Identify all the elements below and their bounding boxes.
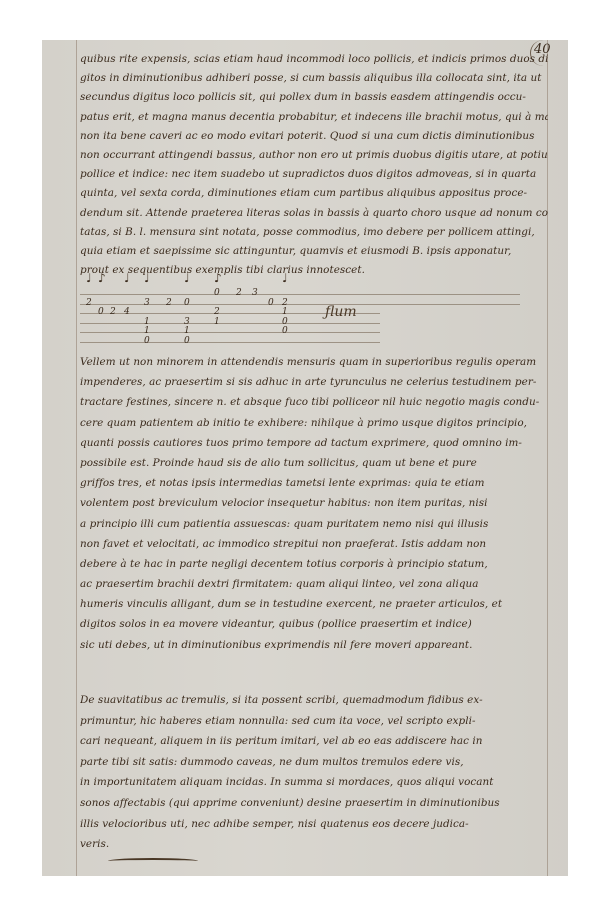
rhythm-sign-icon: ♩ [184, 272, 190, 284]
text-line: debere à te hac in parte negligi decente… [80, 554, 548, 574]
text-line: quinta, vel sexta corda, diminutiones et… [80, 184, 548, 203]
rhythm-sign-icon: ♩ [282, 272, 288, 284]
tablature-fret-number: 0 [144, 337, 150, 346]
text-line: in importunitatem aliquam incidas. In su… [80, 772, 548, 793]
text-line: veris. [80, 834, 548, 855]
text-line: quibus rite expensis, scias etiam haud i… [80, 50, 548, 69]
tablature-fret-number: 4 [124, 308, 130, 317]
tablature-fret-number: 2 [110, 308, 116, 317]
tablature-fret-number: 1 [282, 308, 288, 317]
left-margin-rule [76, 40, 77, 876]
tablature-fret-number: 0 [184, 337, 190, 346]
tablature-course-line [80, 294, 520, 295]
text-line: cari nequeant, aliquem in iis peritum im… [80, 731, 548, 752]
tablature-fret-number: 0 [268, 299, 274, 308]
text-line: sonos affectabis (qui apprime conveniunt… [80, 793, 548, 814]
text-line: De suavitatibus ac tremulis, si ita poss… [80, 690, 548, 711]
tablature-fret-number: 1 [214, 318, 220, 327]
text-line: non ita bene caveri ac eo modo evitari p… [80, 127, 548, 146]
lute-tablature-example: ♩2♪02♩4♩31102♩0310♪021230♩2100ƒlum [80, 266, 520, 348]
text-line: gitos in diminutionibus adhiberi posse, … [80, 69, 548, 88]
tablature-fret-number: 1 [144, 327, 150, 336]
text-line: tatas, si B. l. mensura sint notata, pos… [80, 223, 548, 242]
text-line: quia etiam et saepissime sic attinguntur… [80, 242, 548, 261]
tablature-fret-number: 1 [184, 327, 190, 336]
text-line: Vellem ut non minorem in attendendis men… [80, 352, 548, 372]
text-line: illis velocioribus uti, nec adhibe sempe… [80, 814, 548, 835]
rhythm-sign-icon: ♩ [86, 272, 92, 284]
text-line: griffos tres, et notas ipsis intermedias… [80, 473, 548, 493]
text-line: tractare festines, sincere n. et absque … [80, 392, 548, 412]
text-line: possibile est. Proinde haud sis de alio … [80, 453, 548, 473]
text-line: non favet et velocitati, ac immodico str… [80, 534, 548, 554]
text-line: volentem post breviculum velocior insequ… [80, 493, 548, 513]
tablature-fret-number: 0 [184, 299, 190, 308]
text-line: impenderes, ac praesertim si sis adhuc i… [80, 372, 548, 392]
tablature-fret-number: 0 [98, 308, 104, 317]
paragraph-3: De suavitatibus ac tremulis, si ita poss… [80, 690, 548, 855]
manuscript-page: 40 quibus rite expensis, scias etiam hau… [42, 40, 568, 876]
text-line: parte tibi sit satis: dummodo caveas, ne… [80, 752, 548, 773]
text-line: sic uti debes, ut in diminutionibus expr… [80, 635, 548, 655]
tablature-fret-number: 2 [236, 289, 242, 298]
text-line: digitos solos in ea movere videantur, qu… [80, 614, 548, 634]
text-line: patus erit, et magna manus decentia prob… [80, 108, 548, 127]
text-line: pollice et indice: nec item suadebo ut s… [80, 165, 548, 184]
rhythm-sign-icon: ♩ [144, 272, 150, 284]
tablature-course-line [80, 332, 380, 333]
closing-flourish-stroke [108, 858, 198, 864]
rhythm-sign-icon: ♪ [98, 272, 106, 284]
tablature-fret-number: 3 [144, 299, 150, 308]
text-line: secundus digitus loco pollicis sit, qui … [80, 88, 548, 107]
text-line: primuntur, hic haberes etiam nonnulla: s… [80, 711, 548, 732]
rhythm-sign-icon: ♪ [214, 272, 222, 284]
text-line: humeris vinculis alligant, dum se in tes… [80, 594, 548, 614]
tablature-fret-number: 2 [86, 299, 92, 308]
paragraph-2: Vellem ut non minorem in attendendis men… [80, 352, 548, 655]
text-line: cere quam patientem ab initio te exhiber… [80, 413, 548, 433]
tablature-course-line [80, 323, 380, 324]
tablature-fret-number: 2 [214, 308, 220, 317]
tablature-fret-number: 2 [166, 299, 172, 308]
text-line: a principio illi cum patientia assuescas… [80, 514, 548, 534]
tablature-fret-number: 3 [252, 289, 258, 298]
text-line: ac praesertim brachii dextri firmitatem:… [80, 574, 548, 594]
text-line: quanti possis cautiores tuos primo tempo… [80, 433, 548, 453]
rhythm-sign-icon: ♩ [124, 272, 130, 284]
tablature-fret-number: 0 [282, 327, 288, 336]
text-line: non occurrant attingendi bassus, author … [80, 146, 548, 165]
tablature-fret-number: 0 [214, 289, 220, 298]
text-line: dendum sit. Attende praeterea literas so… [80, 204, 548, 223]
paragraph-1: quibus rite expensis, scias etiam haud i… [80, 50, 548, 280]
tablature-course-line [80, 342, 380, 343]
tablature-flourish: ƒlum [325, 304, 357, 320]
